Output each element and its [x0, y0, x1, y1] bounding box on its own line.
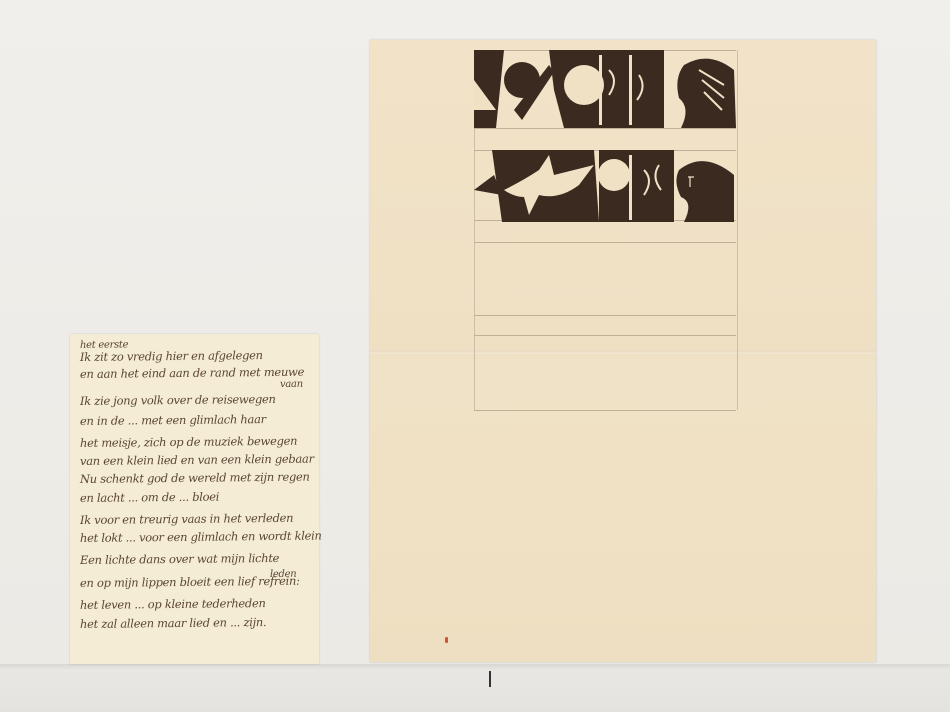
note-line: het meisje, zich op de muziek bewegen	[80, 434, 313, 450]
note-line: Ik voor en treurig vaas in het verleden	[80, 511, 313, 527]
note-line: Ik zit zo vredig hier en afgelegen	[80, 348, 313, 364]
pencil-guide-line	[474, 128, 736, 129]
note-text: het eerste Ik zit zo vredig hier en afge…	[80, 338, 313, 631]
note-line: het leven ... op kleine tederheden	[80, 596, 313, 612]
frieze-illustration	[474, 50, 736, 128]
shelf-mark	[489, 671, 491, 687]
note-line: vaan	[280, 379, 313, 390]
note-line: Ik zie jong volk over de reisewegen	[80, 392, 313, 408]
note-line: en lacht ... om de ... bloei	[80, 489, 313, 505]
pencil-guide-line	[474, 242, 736, 243]
note-line: Nu schenkt god de wereld met zijn regen	[80, 470, 313, 486]
pencil-guide-line	[474, 410, 736, 411]
frieze-illustration	[474, 150, 736, 222]
red-mark	[445, 637, 448, 643]
ink-frieze-bottom	[474, 150, 736, 222]
shelf	[0, 664, 950, 712]
note-line: het zal alleen maar lied en ... zijn.	[80, 615, 313, 631]
note-line: het lokt ... voor een glimlach en wordt …	[80, 529, 313, 545]
note-line: en aan het eind aan de rand met meuwe	[80, 365, 313, 381]
note-line: van een klein lied en van een klein geba…	[80, 452, 313, 468]
note-line: en op mijn lippen bloeit een lief refrei…	[80, 574, 313, 590]
note-line: Een lichte dans over wat mijn lichte	[80, 551, 313, 567]
pencil-guide-line	[474, 335, 736, 336]
note-line: en in de ... met een glimlach haar	[80, 412, 313, 428]
pencil-guide-line	[474, 315, 736, 316]
sketch-sheet	[370, 40, 876, 662]
ink-frieze-top	[474, 50, 736, 128]
handwritten-note: het eerste Ik zit zo vredig hier en afge…	[70, 334, 319, 664]
